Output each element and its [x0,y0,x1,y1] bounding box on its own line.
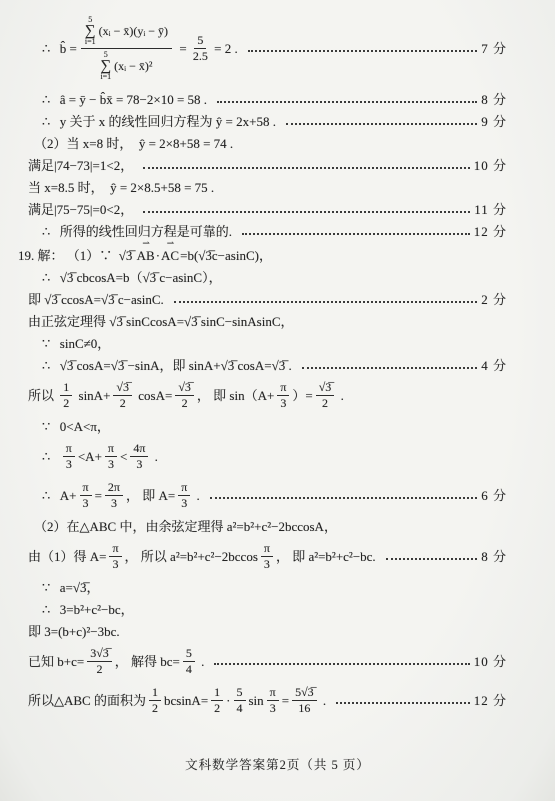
score-label: 10 分 [474,653,507,671]
fraction-numerator: π [63,442,75,457]
math-text: ， 即 a²=b²+c²−bc. [276,548,376,566]
math-text: = [95,487,102,505]
fraction: 3√3̅2 [87,647,112,676]
fraction-numerator: 1 [149,686,161,701]
fraction-numerator: 5 [234,686,246,701]
fraction: π3 [267,686,279,715]
fraction: √3̅2 [316,381,335,410]
math-text: < [120,448,127,466]
fraction: 2π3 [105,481,123,510]
fraction-denominator: 2 [182,396,188,410]
math-text: b̂ = [60,40,77,58]
vector-ac: ⇀ AC [160,247,180,265]
fraction: 4π3 [130,442,148,471]
math-line: 已知 b+c= 3√3̅2 ， 解得 bc= 54 . 10 分 [28,645,507,678]
math-text: <A+ [78,448,102,466]
dotted-leader [248,50,477,52]
vector-arrow-icon: ⇀ [167,239,174,248]
math-line: ∴ √3̅ cbcosA=b（√3̅ c−asinC）， [28,269,507,287]
fraction: 12 [149,686,161,715]
math-text: 满足|75−75|=0<2， [28,201,133,219]
fraction-denominator: 4 [237,701,243,715]
vector-ab: ⇀ AB [136,247,156,265]
fraction: π3 [277,381,289,410]
math-text: 所以△ABC 的面积为 [28,692,146,710]
fraction: π3 [63,442,75,471]
dotted-leader [302,367,478,369]
fraction-numerator: 3√3̅ [87,647,112,662]
fraction-denominator: 3 [66,457,72,471]
score-label: 10 分 [474,157,507,175]
math-text: = 2 . [211,40,238,58]
fraction-denominator: 5 ∑ i=1 (xᵢ − x̄)² [100,49,152,81]
math-text: （2）当 x=8 时， ŷ = 2×8+58 = 74 . [34,135,233,153]
fraction-numerator: π [261,542,273,557]
dotted-leader [174,301,477,303]
sigma-icon: ∑ [85,24,96,38]
math-text: AB [137,248,155,263]
fraction-numerator: π [105,442,117,457]
fraction-denominator: 3 [264,557,270,571]
math-text: 即 3=(b+c)²−3bc. [28,623,120,641]
fraction: 5 ∑ i=1 (xᵢ − x̄)(yᵢ − ȳ) 5 ∑ i=1 (xᵢ −… [81,16,172,81]
therefore-symbol: ∴ [42,601,60,619]
math-text: 所以 [28,387,57,405]
fraction-denominator: 3 [108,457,114,471]
fraction-denominator: 2 [63,396,69,410]
math-text: = [282,692,289,710]
fraction-numerator: 5 [194,34,206,49]
math-text: · [226,692,230,710]
fraction-denominator: 3 [270,701,276,715]
fraction-denominator: 2 [322,396,328,410]
math-line: （2）当 x=8 时， ŷ = 2×8+58 = 74 . [28,135,507,153]
math-text: ， 即 A= [126,487,175,505]
math-text: (xᵢ − x̄)² [114,59,152,73]
math-text: =b(√3̅c−asinC)， [180,247,272,265]
math-line: 所以 12 sinA+ √3̅2 cosA= √3̅2 ， 即 sin（A+ π… [28,379,507,412]
fraction-denominator: 3 [113,557,119,571]
fraction-denominator: 3 [181,496,187,510]
dotted-leader [242,233,470,235]
math-text: 满足|74−73|=1<2， [28,157,133,175]
fraction-denominator: 3 [136,457,142,471]
fraction: √3̅2 [113,381,132,410]
math-line: ∴ √3̅ cosA=√3̅ −sinA，即 sinA+√3̅ cosA=√3̅… [28,357,507,375]
fraction: π3 [80,481,92,510]
fraction: π3 [178,481,190,510]
fraction-numerator: π [267,686,279,701]
math-text: 19. 解： （1）∵ √3̅ [18,247,136,265]
fraction-numerator: 1 [60,381,72,396]
fraction-denominator: 4 [186,662,192,676]
math-text: ， 即 sin（A+ [197,387,274,405]
math-line: 当 x=8.5 时， ŷ = 2×8.5+58 = 75 . [28,179,507,197]
fraction: √3̅2 [175,381,194,410]
fraction-numerator: π [277,381,289,396]
fraction: 54 [234,686,246,715]
math-text: √3̅ cosA=√3̅ −sinA，即 sinA+√3̅ cosA=√3̅ . [60,357,292,375]
fraction-denominator: 3 [111,496,117,510]
fraction-numerator: 5 [183,647,195,662]
fraction-denominator: 2 [152,701,158,715]
math-text: a=√3̅， [60,579,100,597]
math-text: cosA= [135,387,172,405]
math-text: â = ȳ − b̂x̄ = 78−2×10 = 58 . [60,91,207,109]
because-symbol: ∵ [42,335,60,353]
score-label: 2 分 [481,291,507,309]
math-text: ， 所以 a²=b²+c²−2bccos [125,548,258,566]
dotted-leader [217,101,477,103]
therefore-symbol: ∴ [42,113,60,131]
math-text: y 关于 x 的线性回归方程为 ŷ = 2x+58 . [60,113,276,131]
fraction: 12 [60,381,72,410]
math-text: 由（1）得 A= [28,548,106,566]
fraction-denominator: 2 [214,701,220,715]
fraction-numerator: 1 [211,686,223,701]
therefore-symbol: ∴ [42,91,60,109]
therefore-symbol: ∴ [42,357,60,375]
math-line: ∴ A+ π3 = 2π3 ， 即 A= π3 . 6 分 [28,479,507,512]
math-text: sin [249,692,264,710]
math-text: 由正弦定理得 √3̅ sinCcosA=√3̅ sinC−sinAsinC， [28,313,294,331]
sigma-icon: ∑ [100,59,111,73]
math-line: ∵ sinC≠0， [28,335,507,353]
therefore-symbol: ∴ [42,487,60,505]
math-text: . [337,387,344,405]
fraction-numerator: √3̅ [316,381,335,396]
math-line: ∴ b̂ = 5 ∑ i=1 (xᵢ − x̄)(yᵢ − ȳ) 5 ∑ i=… [28,16,507,81]
math-text: ， 解得 bc= [115,653,180,671]
fraction-numerator: √3̅ [175,381,194,396]
fraction: π3 [109,542,121,571]
math-line: ∴ π3 <A+ π3 < 4π3 . [28,440,507,473]
score-label: 6 分 [481,487,507,505]
sum-lower-index: i=1 [85,38,96,46]
math-line: 所以△ABC 的面积为 12 bcsinA= 12 · 54 sin π3 = … [28,684,507,717]
fraction-numerator: 2π [105,481,123,496]
dotted-leader [143,167,470,169]
score-label: 8 分 [481,548,507,566]
math-text: 已知 b+c= [28,653,84,671]
score-label: 12 分 [474,692,507,710]
math-text: √3̅ cbcosA=b（√3̅ c−asinC）， [60,269,222,287]
fraction: π3 [261,542,273,571]
answer-sheet-page: ∴ b̂ = 5 ∑ i=1 (xᵢ − x̄)(yᵢ − ȳ) 5 ∑ i=… [0,0,555,801]
fraction-numerator: √3̅ [113,381,132,396]
math-line: 由（1）得 A= π3 ， 所以 a²=b²+c²−2bccos π3 ， 即 … [28,540,507,573]
math-line: 19. 解： （1）∵ √3̅ ⇀ AB · ⇀ AC =b(√3̅c−asin… [18,247,507,265]
dotted-leader [210,497,477,499]
therefore-symbol: ∴ [42,269,60,287]
math-text: （2）在△ABC 中，由余弦定理得 a²=b²+c²−2bccosA， [34,518,337,536]
math-text: ）= [292,387,312,405]
fraction-numerator: 4π [130,442,148,457]
math-line: 满足|74−73|=1<2， 10 分 [28,157,507,175]
math-line: 即 3=(b+c)²−3bc. [28,623,507,641]
fraction: π3 [105,442,117,471]
fraction-numerator: π [80,481,92,496]
fraction-numerator: π [109,542,121,557]
math-line: ∴ 所得的线性回归方程是可靠的. 12 分 [28,223,507,241]
math-text: . [193,487,200,505]
fraction-denominator: 3 [83,496,89,510]
math-text: sinA+ [75,387,110,405]
math-text: (xᵢ − x̄)(yᵢ − ȳ) [99,24,168,38]
fraction: 5√3̅16 [292,686,317,715]
summation-symbol: 5 ∑ i=1 [100,51,111,81]
math-text: 3=b²+c²−bc， [60,601,134,619]
math-line: 满足|75−75|=0<2， 11 分 [28,201,507,219]
therefore-symbol: ∴ [42,223,60,241]
score-label: 11 分 [474,201,507,219]
math-text: 当 x=8.5 时， ŷ = 2×8.5+58 = 75 . [28,179,214,197]
fraction-denominator: 16 [298,701,310,715]
fraction-denominator: 2.5 [193,49,208,63]
fraction-denominator: 2 [120,396,126,410]
math-line: ∵ a=√3̅， [28,579,507,597]
math-text: . [320,692,327,710]
score-label: 9 分 [481,113,507,131]
math-line: ∵ 0<A<π， [28,418,507,436]
dotted-leader [336,702,470,704]
math-text: bcsinA= [164,692,208,710]
fraction-denominator: 3 [280,396,286,410]
summation-symbol: 5 ∑ i=1 [85,16,96,46]
math-line: ∴ y 关于 x 的线性回归方程为 ŷ = 2x+58 . 9 分 [28,113,507,131]
math-text: = [176,40,190,58]
score-label: 8 分 [481,91,507,109]
vector-arrow-icon: ⇀ [142,239,149,248]
score-label: 7 分 [481,40,507,58]
dotted-leader [286,123,477,125]
fraction-numerator: 5√3̅ [292,686,317,701]
because-symbol: ∵ [42,418,60,436]
score-label: 4 分 [481,357,507,375]
math-line: 由正弦定理得 √3̅ sinCcosA=√3̅ sinC−sinAsinC， [28,313,507,331]
therefore-symbol: ∴ [42,40,60,58]
math-line: （2）在△ABC 中，由余弦定理得 a²=b²+c²−2bccosA， [28,518,507,536]
score-label: 12 分 [474,223,507,241]
math-text: 0<A<π， [60,418,110,436]
math-line: 即 √3̅ ccosA=√3̅ c−asinC. 2 分 [28,291,507,309]
dotted-leader [214,663,469,665]
math-line: ∴ â = ȳ − b̂x̄ = 78−2×10 = 58 . 8 分 [28,91,507,109]
dotted-leader [386,558,478,560]
fraction-numerator: π [178,481,190,496]
math-text: . [151,448,158,466]
math-text: 即 √3̅ ccosA=√3̅ c−asinC. [28,291,164,309]
fraction: 54 [183,647,195,676]
sum-lower-index: i=1 [100,73,111,81]
dotted-leader [143,211,470,213]
therefore-symbol: ∴ [42,448,60,466]
fraction: 12 [211,686,223,715]
math-text: . [198,653,205,671]
math-text: AC [161,248,179,263]
page-footer: 文科数学答案第2页（共 5 页） [0,755,555,773]
math-line: ∴ 3=b²+c²−bc， [28,601,507,619]
because-symbol: ∵ [42,579,60,597]
fraction-numerator: 5 ∑ i=1 (xᵢ − x̄)(yᵢ − ȳ) [81,16,172,49]
fraction-denominator: 2 [96,662,102,676]
fraction: 5 2.5 [193,34,208,63]
math-text: sinC≠0， [60,335,110,353]
math-text: A+ [60,487,77,505]
